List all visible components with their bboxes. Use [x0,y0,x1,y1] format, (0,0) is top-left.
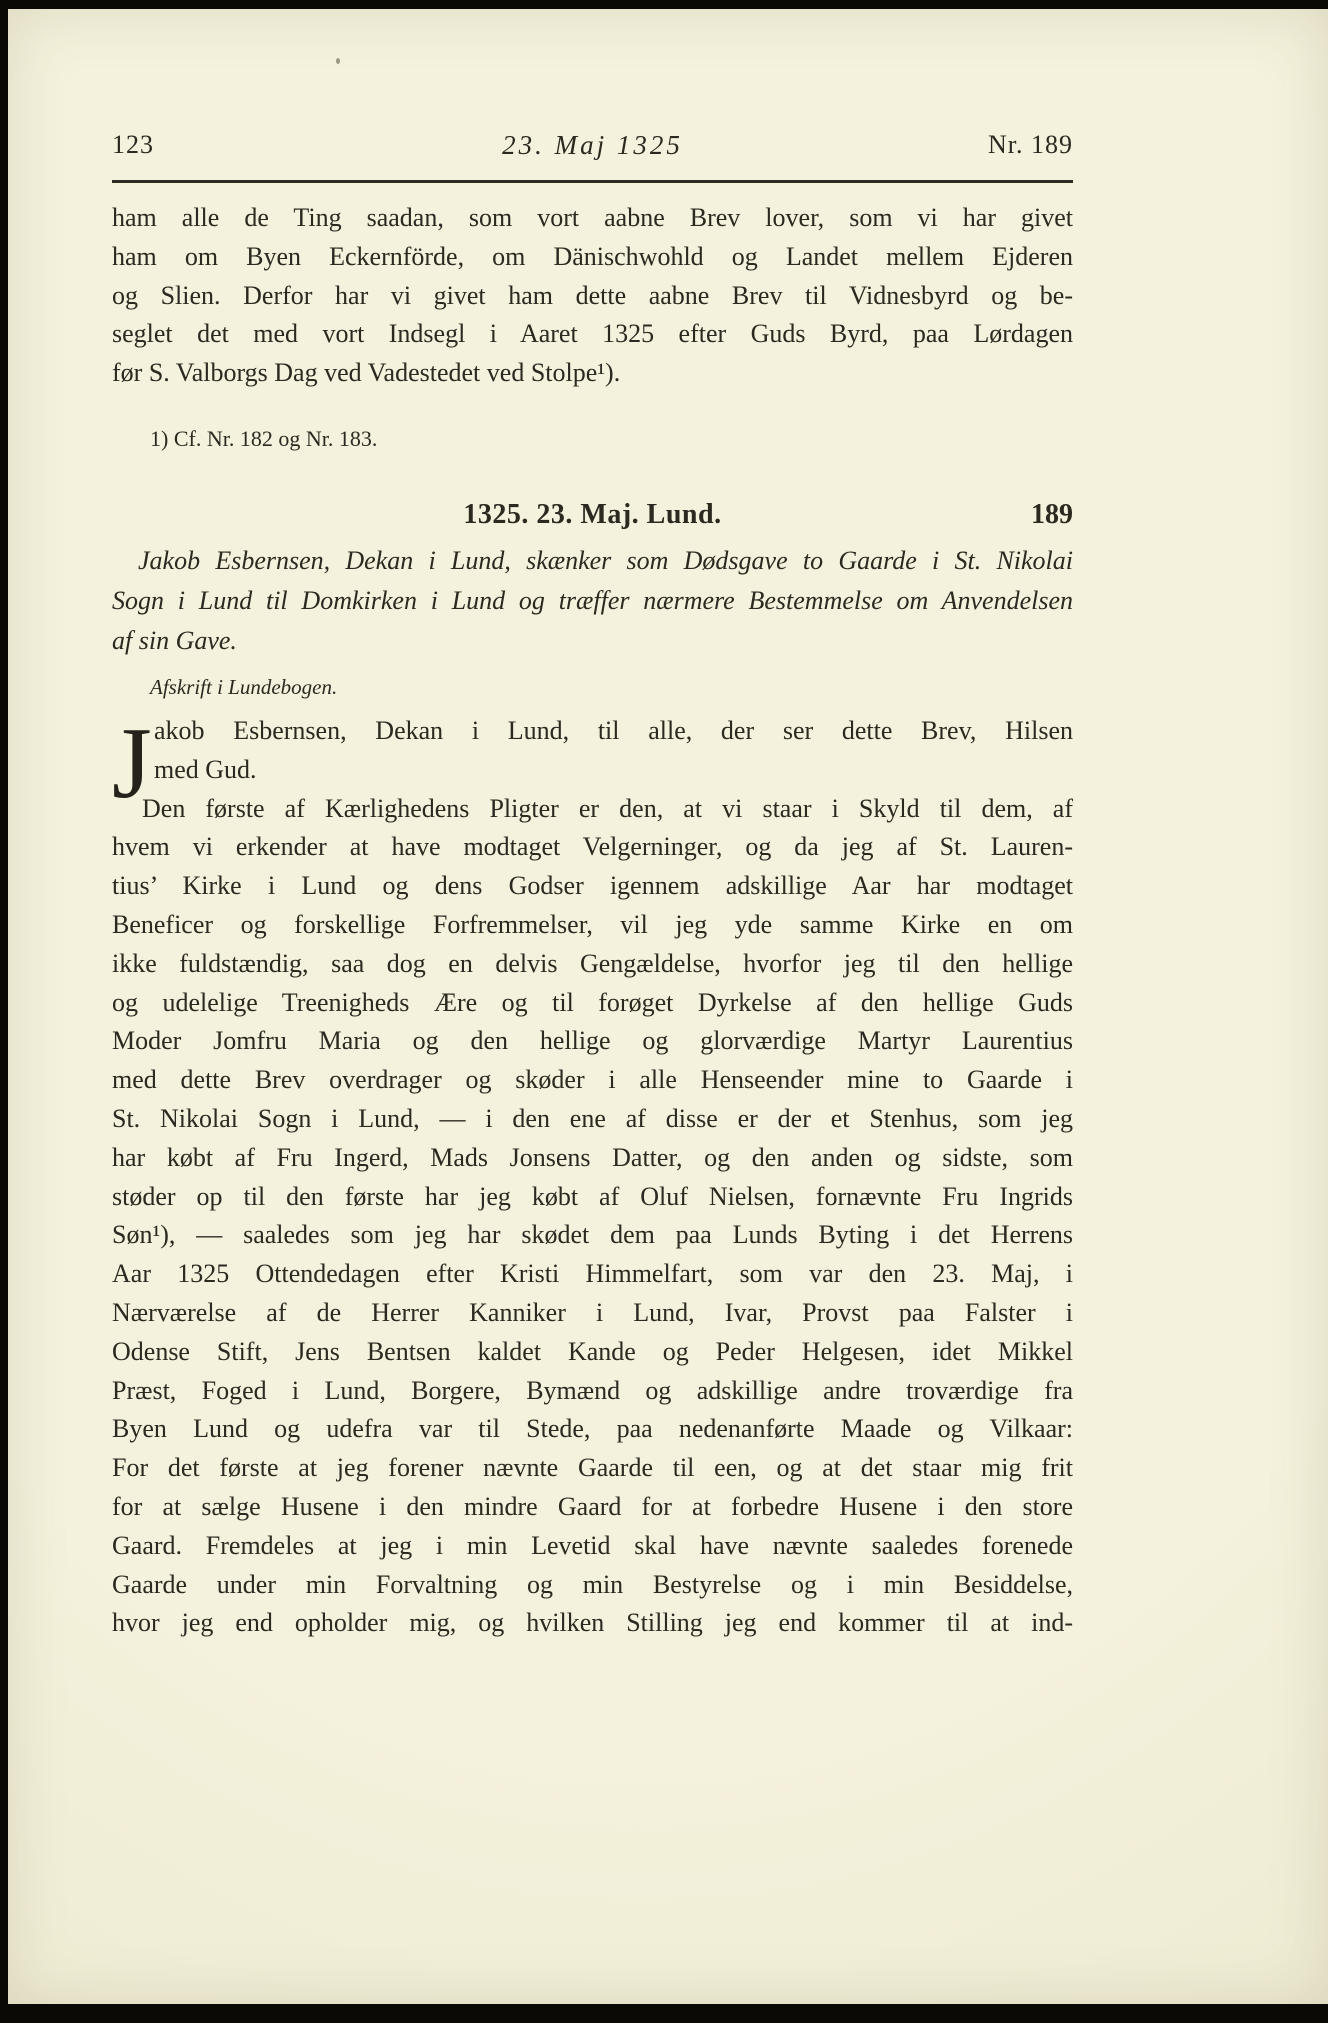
body-line: med Gud. [112,751,1073,790]
summary-line: Jakob Esbernsen, Dekan i Lund, skænker s… [112,541,1073,581]
continuation-line: før S. Valborgs Dag ved Vadestedet ved S… [112,354,1073,393]
header-rule [112,180,1073,183]
body-line: og udelelige Treenigheds Ære og til forø… [112,984,1073,1023]
body-line: Gaarde under min Forvaltning og min Best… [112,1566,1073,1605]
continuation-paragraph: ham alle de Ting saadan, som vort aabne … [112,199,1073,393]
source-note: Afskrift i Lundebogen. [112,672,1073,702]
body-line: Odense Stift, Jens Bentsen kaldet Kande … [112,1333,1073,1372]
body-line: støder op til den første har jeg købt af… [112,1178,1073,1217]
entry-body: akob Esbernsen, Dekan i Lund, til alle, … [112,712,1073,1643]
entry-date-heading: 1325. 23. Maj. Lund. [112,495,1073,535]
body-line: Søn¹), — saaledes som jeg har skødet dem… [112,1216,1073,1255]
scan-edge-top [0,0,1328,9]
body-line: Moder Jomfru Maria og den hellige og glo… [112,1022,1073,1061]
body-line: For det første at jeg forener nævnte Gaa… [112,1449,1073,1488]
paper-speck [336,58,340,64]
body-line: ikke fuldstændig, saa dog en delvis Geng… [112,945,1073,984]
body-line: Aar 1325 Ottendedagen efter Kristi Himme… [112,1255,1073,1294]
continuation-line: ham alle de Ting saadan, som vort aabne … [112,199,1073,238]
body-line: Byen Lund og udefra var til Stede, paa n… [112,1410,1073,1449]
document-number: Nr. 189 [988,126,1073,164]
footnote: 1) Cf. Nr. 182 og Nr. 183. [112,424,1073,454]
body-line: hvor jeg end opholder mig, og hvilken St… [112,1604,1073,1643]
continuation-line: ham om Byen Eckernförde, om Dänischwohld… [112,238,1073,277]
body-line: Præst, Foged i Lund, Borgere, Bymænd og … [112,1372,1073,1411]
body-line: Nærværelse af de Herrer Kanniker i Lund,… [112,1294,1073,1333]
scan-edge-bottom [0,2004,1328,2023]
body-line: for at sælge Husene i den mindre Gaard f… [112,1488,1073,1527]
body-line: hvem vi erkender at have modtaget Velger… [112,828,1073,867]
body-line: Den første af Kærlighedens Pligter er de… [112,790,1073,829]
entry-summary: Jakob Esbernsen, Dekan i Lund, skænker s… [112,541,1073,661]
entry-number: 189 [1031,495,1073,535]
continuation-line: seglet det med vort Indsegl i Aaret 1325… [112,315,1073,354]
summary-line: af sin Gave. [112,621,1073,661]
continuation-line: og Slien. Derfor har vi givet ham dette … [112,277,1073,316]
summary-line: Sogn i Lund til Domkirken i Lund og træf… [112,581,1073,621]
scan-edge-left [0,0,8,2023]
body-line: tius’ Kirke i Lund og dens Godser igenne… [112,867,1073,906]
body-line: har købt af Fru Ingerd, Mads Jonsens Dat… [112,1139,1073,1178]
body-line: akob Esbernsen, Dekan i Lund, til alle, … [112,712,1073,751]
entry-heading-row: 1325. 23. Maj. Lund. 189 [112,495,1073,535]
running-title: 23. Maj 1325 [112,126,1073,164]
body-line: med dette Brev overdrager og skøder i al… [112,1061,1073,1100]
body-line: Gaard. Fremdeles at jeg i min Levetid sk… [112,1527,1073,1566]
book-page-scan: 123 23. Maj 1325 Nr. 189 ham alle de Tin… [0,0,1328,2023]
page-header: 123 23. Maj 1325 Nr. 189 [112,126,1073,164]
body-line: St. Nikolai Sogn i Lund, — i den ene af … [112,1100,1073,1139]
body-line: Beneficer og forskellige Forfremmelser, … [112,906,1073,945]
